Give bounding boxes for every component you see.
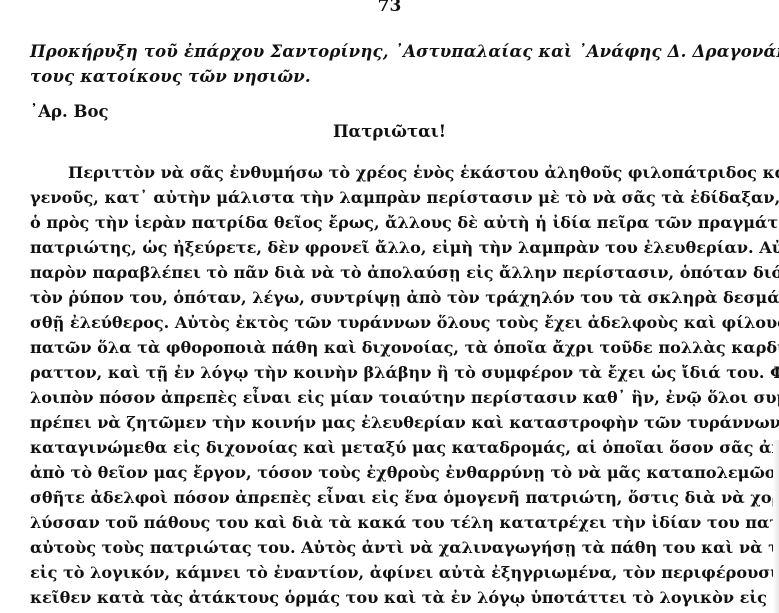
body-line: τὸν ῥύπον του, ὁπόταν, λέγω, συντρίψῃ ἀπ…: [30, 285, 771, 310]
body-line: πατριώτης, ὡς ἠξεύρετε, δὲν φρονεῖ ἄλλο,…: [30, 235, 771, 260]
dateline: ᾿Αρ. Βος: [30, 102, 109, 122]
body-line: σθῇ ἐλεύθερος. Αὐτὸς ἐκτὸς τῶν τυράννων …: [30, 310, 771, 335]
title-line: τους κατοίκους τῶν νησιῶν.: [30, 65, 775, 90]
body-line: πρέπει νὰ ζητῶμεν τὴν κοινήν μας ἐλευθερ…: [30, 410, 771, 435]
body-line: ὁ πρὸς τὴν ἱερὰν πατρίδα θεῖος ἔρως, ἄλλ…: [30, 210, 771, 235]
body-line: λύσσαν τοῦ πάθους του καὶ διὰ τὰ κακά το…: [30, 510, 771, 535]
document-title: Προκήρυξη τοῦ ἐπάρχου Σαντορίνης, ᾿Αστυπ…: [30, 40, 775, 90]
title-line: Προκήρυξη τοῦ ἐπάρχου Σαντορίνης, ᾿Αστυπ…: [30, 40, 775, 65]
body-line: λοιπὸν πόσον ἀπρεπὲς εἶναι εἰς μίαν τοια…: [30, 385, 771, 410]
body-line: κεῖθεν κατὰ τὰς ἀτάκτους ὁρμάς του καὶ τ…: [30, 585, 771, 610]
body-line: ἀπὸ τὸ θεῖον μας ἔργον, τόσον τοὺς ἐχθρο…: [30, 460, 771, 485]
page-number: 73: [0, 0, 779, 16]
body-text: Περιττὸν νὰ σᾶς ἐνθυμήσω τὸ χρέος ἑνὸς ἑ…: [30, 160, 771, 610]
body-line: καταγινώμεθα εἰς διχονοίας καὶ μεταξύ μα…: [30, 435, 771, 460]
body-line: παρὸν παραβλέπει τὸ πᾶν διὰ νὰ τὸ ἀπολαύ…: [30, 260, 771, 285]
body-line: αὐτοὺς τοὺς πατριώτας του. Αὐτὸς ἀντὶ νὰ…: [30, 535, 771, 560]
body-line: πατῶν ὅλα τὰ φθοροποιὰ πάθη καὶ διχονοία…: [30, 335, 771, 360]
body-line: γενοῦς, κατ᾿ αὐτὴν μάλιστα τὴν λαμπρὰν π…: [30, 185, 771, 210]
body-line: εἰς τὸ λογικόν, κάμνει τὸ ἐναντίον, ἀφίν…: [30, 560, 771, 585]
body-line: σθῆτε ἀδελφοὶ πόσον ἀπρεπὲς εἶναι εἰς ἕν…: [30, 485, 771, 510]
body-line: Περιττὸν νὰ σᾶς ἐνθυμήσω τὸ χρέος ἑνὸς ἑ…: [30, 160, 771, 185]
scan-edge-shadow: [773, 440, 779, 613]
body-line: ραττον, καὶ τῇ ἐν λόγῳ τὴν κοινὴν βλάβην…: [30, 360, 771, 385]
salutation: Πατριῶται!: [0, 122, 779, 142]
